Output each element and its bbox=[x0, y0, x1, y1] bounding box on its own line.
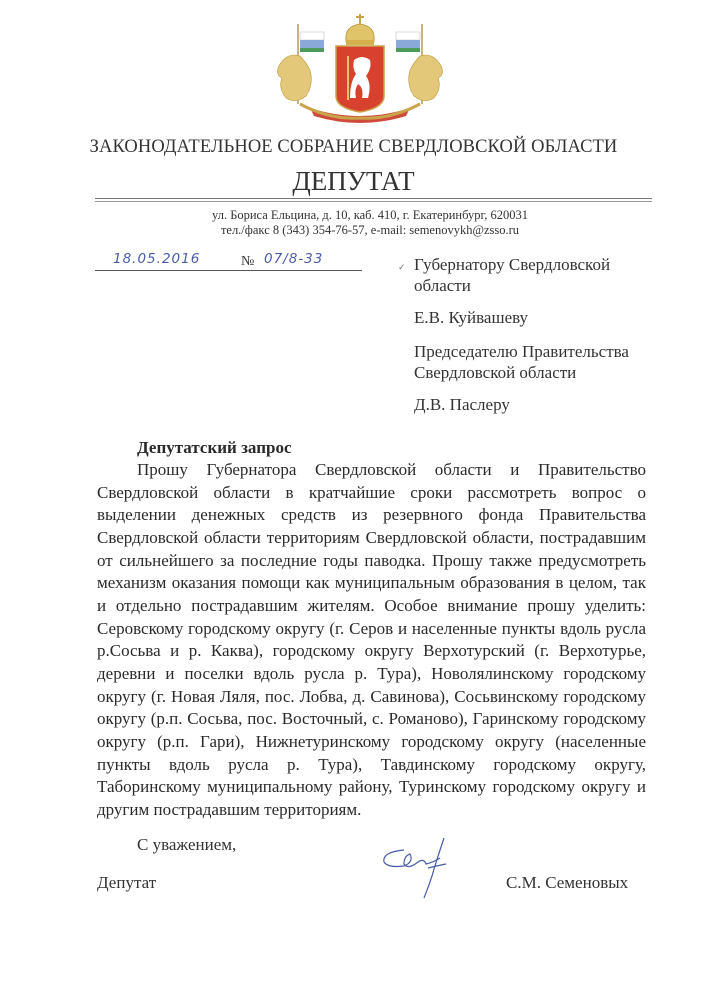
recipient-governor-title: Губернатору Свердловской области bbox=[414, 255, 610, 296]
header-divider bbox=[95, 198, 652, 199]
recipient-line: Губернатору Свердловской bbox=[414, 255, 610, 276]
recipient-governor-name: Е.В. Куйвашеву bbox=[414, 308, 528, 329]
signer-name: С.М. Семеновых bbox=[506, 873, 628, 893]
letterhead-title: ДЕПУТАТ bbox=[0, 166, 707, 197]
coat-of-arms-emblem bbox=[270, 4, 450, 124]
check-mark-icon: ✓ bbox=[398, 262, 406, 273]
closing-phrase: С уважением, bbox=[137, 835, 236, 855]
recipient-chairman-name: Д.В. Паслеру bbox=[414, 395, 510, 416]
header-divider-secondary bbox=[95, 201, 652, 202]
recipient-line: Свердловской области bbox=[414, 363, 629, 384]
address-line: ул. Бориса Ельцина, д. 10, каб. 410, г. … bbox=[0, 208, 707, 223]
letter-heading: Депутатский запрос bbox=[137, 438, 292, 458]
phone-email-line: тел./факс 8 (343) 354-76-57, e-mail: sem… bbox=[0, 223, 707, 238]
recipient-line: области bbox=[414, 276, 610, 297]
organization-name: ЗАКОНОДАТЕЛЬНОЕ СОБРАНИЕ СВЕРДЛОВСКОЙ ОБ… bbox=[0, 137, 707, 158]
letter-body: Прошу Губернатора Свердловской области и… bbox=[97, 459, 646, 822]
registration-number: 07/8-33 bbox=[264, 251, 323, 267]
recipient-chairman-title: Председателю Правительства Свердловской … bbox=[414, 342, 629, 383]
recipient-line: Председателю Правительства bbox=[414, 342, 629, 363]
signer-role: Депутат bbox=[97, 873, 156, 893]
number-sign: № bbox=[241, 254, 254, 270]
handwritten-signature bbox=[374, 832, 474, 902]
contact-block: ул. Бориса Ельцина, д. 10, каб. 410, г. … bbox=[0, 208, 707, 238]
registration-date: 18.05.2016 bbox=[113, 251, 200, 267]
